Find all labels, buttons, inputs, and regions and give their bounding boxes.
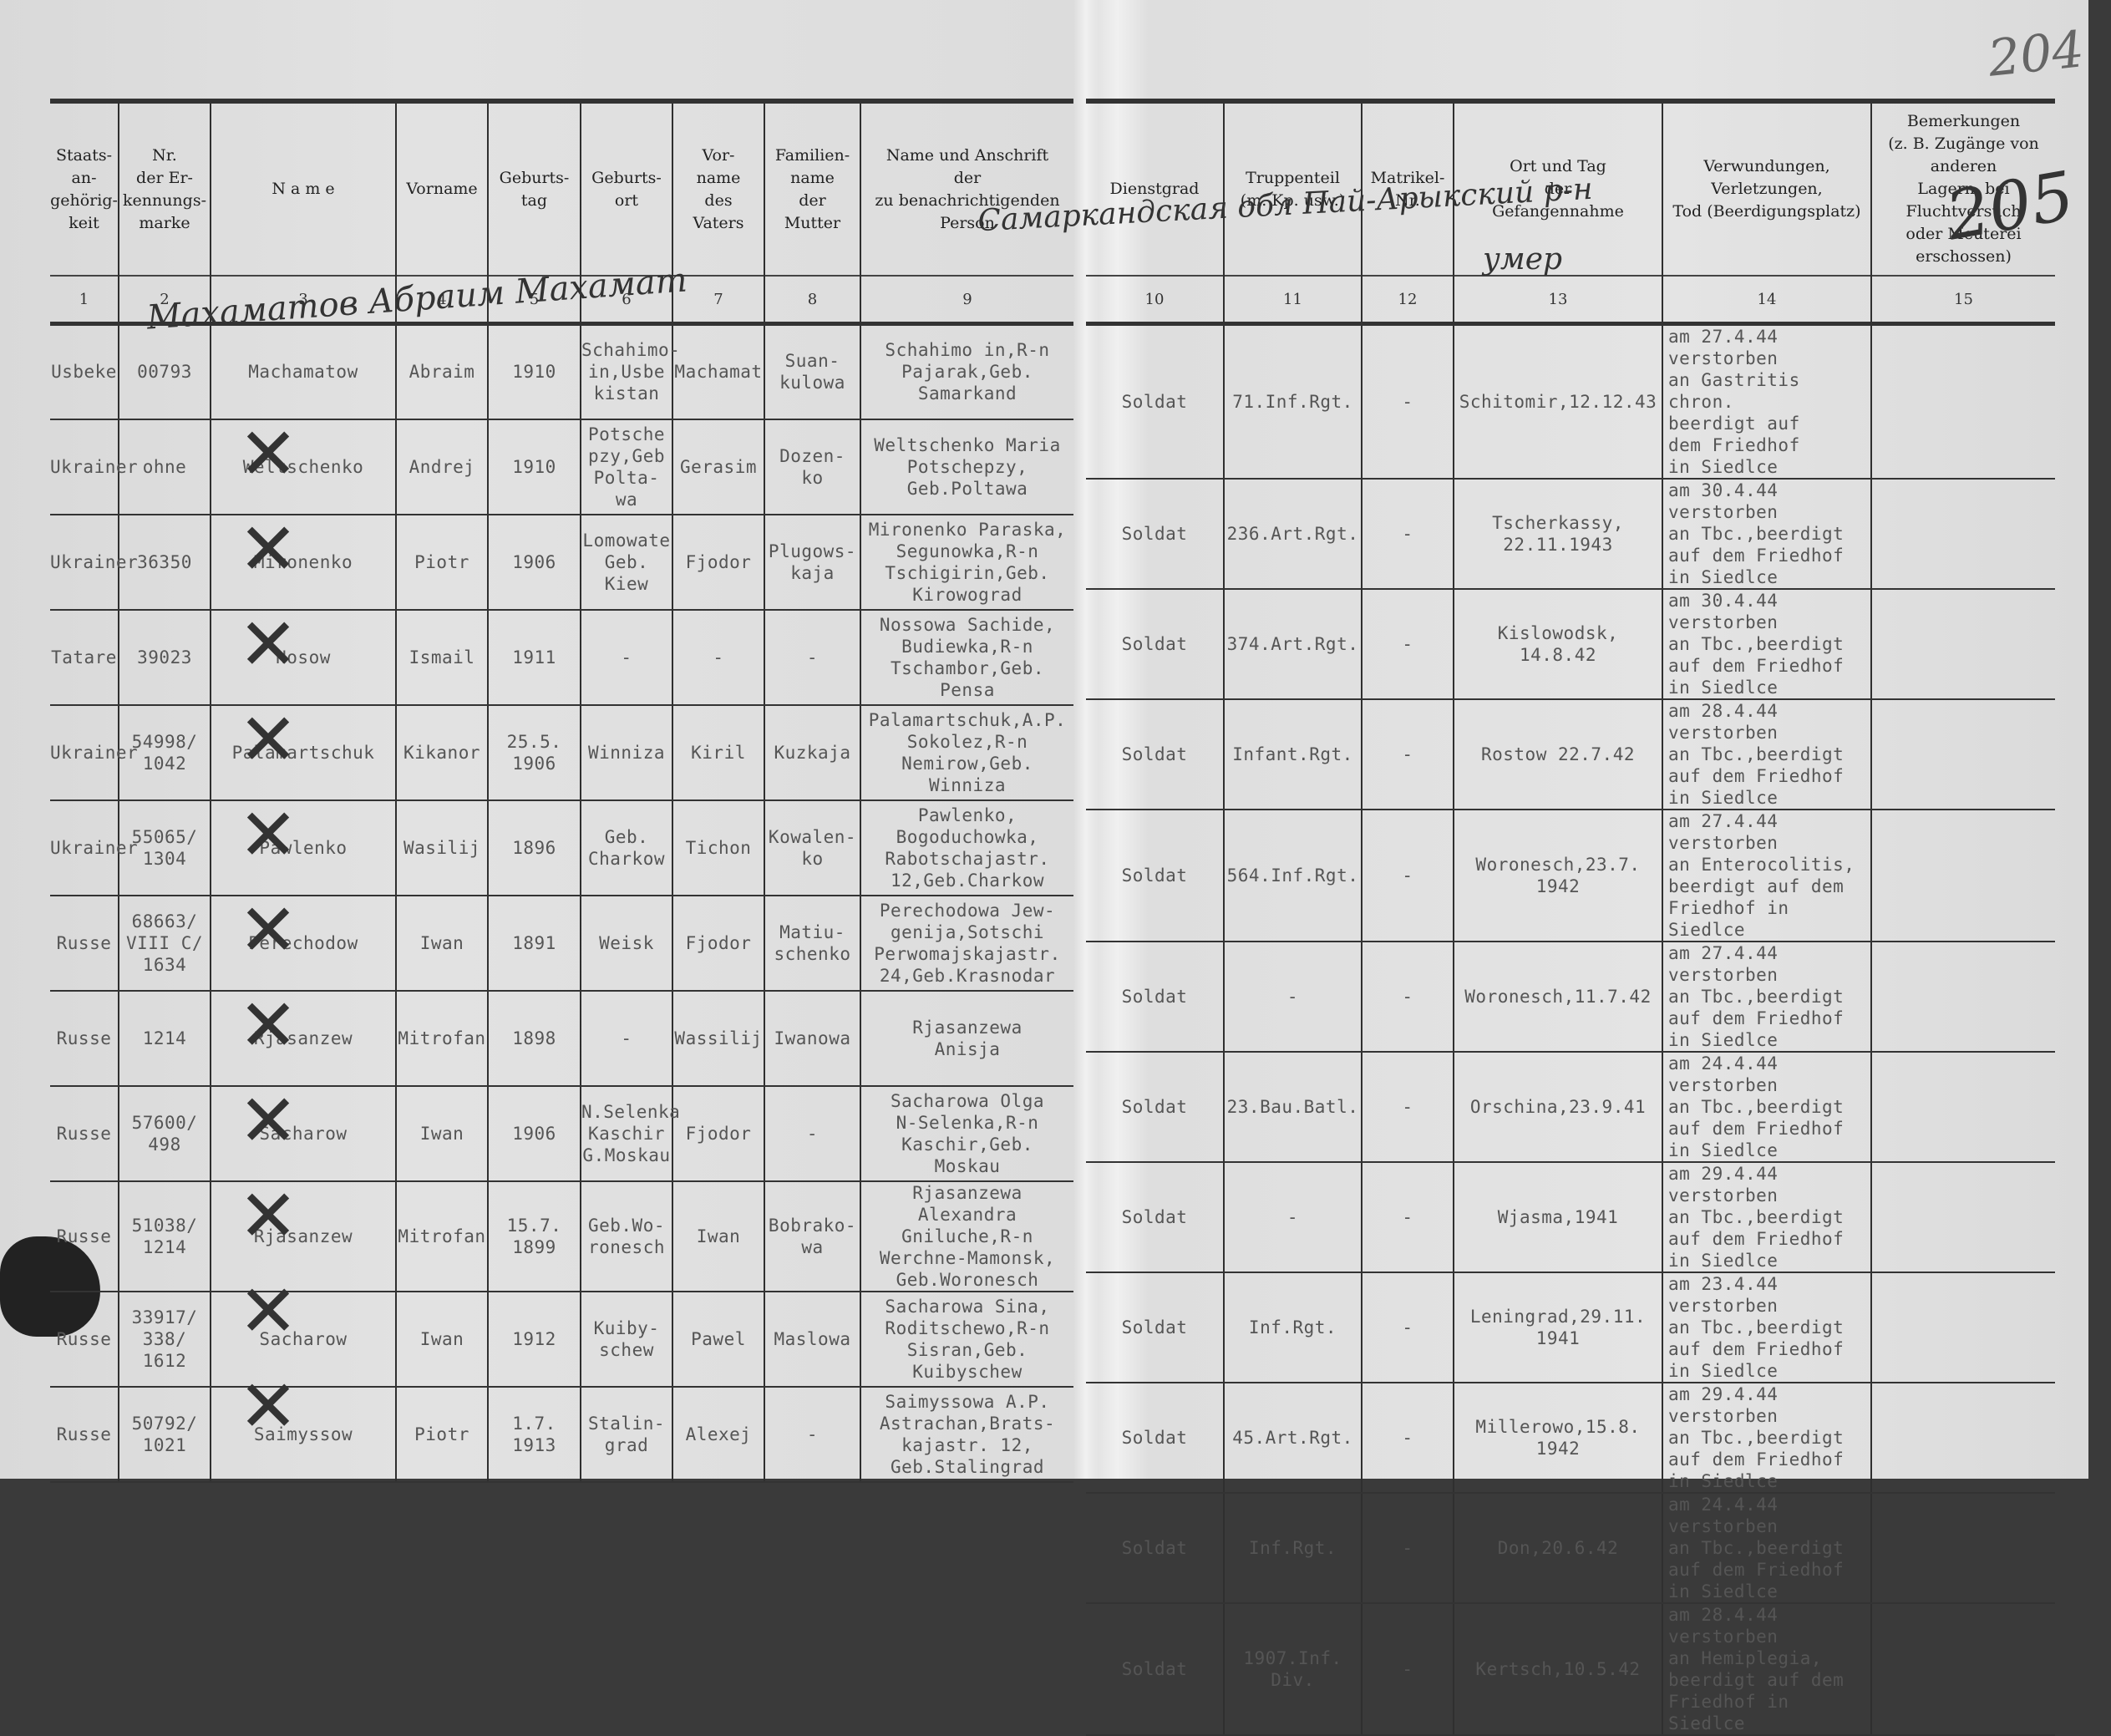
cell-rank: Soldat bbox=[1086, 942, 1224, 1052]
column-header: N a m e bbox=[211, 101, 396, 276]
cell-nationality: Usbeke bbox=[50, 324, 119, 419]
page-number: 204 bbox=[1986, 20, 2087, 89]
cell-matrikel: - bbox=[1362, 942, 1454, 1052]
cell-death: am 27.4.44 verstorben an Enterocolitis, … bbox=[1662, 810, 1871, 942]
cell-nationality: Russe bbox=[50, 1387, 119, 1482]
cell-nationality: Ukrainer bbox=[50, 705, 119, 800]
cell-father: Alexej bbox=[672, 1387, 764, 1482]
cell-born: 1910 bbox=[488, 324, 581, 419]
cell-nationality: Ukrainer bbox=[50, 419, 119, 515]
cell-remarks bbox=[1871, 589, 2055, 699]
cell-tag: 39023 bbox=[119, 610, 211, 705]
cell-remarks bbox=[1871, 1052, 2055, 1162]
cell-born: 1910 bbox=[488, 419, 581, 515]
column-header: Dienstgrad bbox=[1086, 101, 1224, 276]
cell-remarks bbox=[1871, 810, 2055, 942]
cell-matrikel: - bbox=[1362, 1272, 1454, 1383]
cell-unit: 23.Bau.Batl. bbox=[1224, 1052, 1362, 1162]
cell-rank: Soldat bbox=[1086, 324, 1224, 480]
cell-remarks bbox=[1871, 699, 2055, 810]
cell-capture: Woronesch,23.7. 1942 bbox=[1454, 810, 1662, 942]
cell-birthplace: Stalin- grad bbox=[581, 1387, 672, 1482]
cell-father: Fjodor bbox=[672, 896, 764, 991]
table-row: Russe57600/ 498SacharowIwan1906N.Selenka… bbox=[50, 1086, 1073, 1181]
cell-first: Kikanor bbox=[396, 705, 488, 800]
cell-mother: Matiu- schenko bbox=[764, 896, 860, 991]
cell-rank: Soldat bbox=[1086, 1383, 1224, 1492]
cell-contact: Sacharowa Olga N-Selenka,R-n Kaschir,Geb… bbox=[860, 1086, 1073, 1181]
cell-birthplace: - bbox=[581, 991, 672, 1086]
cell-born: 1891 bbox=[488, 896, 581, 991]
cell-mother: Dozen- ko bbox=[764, 419, 860, 515]
table-row: UkrainerohneWeltschenkoAndrej1910Potsche… bbox=[50, 419, 1073, 515]
cell-remarks bbox=[1871, 1272, 2055, 1383]
registry-table-right: DienstgradTruppenteil (m. Kp. usw.)Matri… bbox=[1086, 99, 2055, 1492]
cell-birthplace: Geb.Wo- ronesch bbox=[581, 1181, 672, 1292]
cell-born: 1906 bbox=[488, 515, 581, 610]
cell-unit: Inf.Rgt. bbox=[1224, 1272, 1362, 1383]
cell-unit: 236.Art.Rgt. bbox=[1224, 479, 1362, 589]
column-header: Vorname bbox=[396, 101, 488, 276]
cell-first: Mitrofan bbox=[396, 991, 488, 1086]
table-row: Soldat--Wjasma,1941am 29.4.44 verstorben… bbox=[1086, 1162, 2055, 1272]
cell-born: 1911 bbox=[488, 610, 581, 705]
column-number: 14 bbox=[1662, 276, 1871, 324]
cell-contact: Rjasanzewa Anisja bbox=[860, 991, 1073, 1086]
cell-born: 15.7. 1899 bbox=[488, 1181, 581, 1292]
column-header: Geburts- tag bbox=[488, 101, 581, 276]
cell-birthplace: Geb. Charkow bbox=[581, 800, 672, 896]
cell-father: - bbox=[672, 610, 764, 705]
handwritten-cross-mark-icon: ✕ bbox=[238, 990, 298, 1062]
cell-born: 1896 bbox=[488, 800, 581, 896]
cell-father: Tichon bbox=[672, 800, 764, 896]
handwritten-cross-mark-icon: ✕ bbox=[238, 1180, 298, 1252]
handwritten-cross-mark-icon: ✕ bbox=[238, 1276, 298, 1348]
cell-matrikel: - bbox=[1362, 1162, 1454, 1272]
cell-born: 1.7. 1913 bbox=[488, 1387, 581, 1482]
cell-matrikel: - bbox=[1362, 324, 1454, 480]
cell-mother: Kowalen- ko bbox=[764, 800, 860, 896]
table-row: Russe68663/ VIII C/ 1634PerechodowIwan18… bbox=[50, 896, 1073, 991]
cell-born: 1912 bbox=[488, 1292, 581, 1387]
cell-father: Pawel bbox=[672, 1292, 764, 1387]
handwritten-cross-mark-icon: ✕ bbox=[238, 419, 298, 490]
column-header: Verwundungen, Verletzungen, Tod (Beerdig… bbox=[1662, 101, 1871, 276]
cell-matrikel: - bbox=[1362, 1052, 1454, 1162]
cell-contact: Nossowa Sachide, Budiewka,R-n Tschambor,… bbox=[860, 610, 1073, 705]
table-row: Ukrainer54998/ 1042PalamartschukKikanor2… bbox=[50, 705, 1073, 800]
cell-first: Iwan bbox=[396, 1292, 488, 1387]
cell-capture: Rostow 22.7.42 bbox=[1454, 699, 1662, 810]
cell-mother: Plugows- kaja bbox=[764, 515, 860, 610]
cell-contact: Perechodowa Jew- genija,Sotschi Perwomaj… bbox=[860, 896, 1073, 991]
cell-matrikel: - bbox=[1362, 699, 1454, 810]
cell-father: Fjodor bbox=[672, 515, 764, 610]
cell-death: am 24.4.44 verstorben an Tbc.,beerdigt a… bbox=[1662, 1052, 1871, 1162]
column-number: 11 bbox=[1224, 276, 1362, 324]
cell-contact: Pawlenko, Bogoduchowka, Rabotschajastr. … bbox=[860, 800, 1073, 896]
cell-capture: Tscherkassy, 22.11.1943 bbox=[1454, 479, 1662, 589]
cell-first: Iwan bbox=[396, 1086, 488, 1181]
table-row: Ukrainer36350MironenkoPiotr1906Lomowate … bbox=[50, 515, 1073, 610]
column-header: Vor- name des Vaters bbox=[672, 101, 764, 276]
cell-first: Andrej bbox=[396, 419, 488, 515]
cell-nationality: Russe bbox=[50, 1292, 119, 1387]
cell-capture: Leningrad,29.11. 1941 bbox=[1454, 1272, 1662, 1383]
cell-birthplace: Lomowate Geb. Kiew bbox=[581, 515, 672, 610]
handwritten-cross-mark-icon: ✕ bbox=[238, 704, 298, 776]
cell-father: Gerasim bbox=[672, 419, 764, 515]
column-header: Staats- an- gehörig- keit bbox=[50, 101, 119, 276]
cell-born: 1898 bbox=[488, 991, 581, 1086]
table-row: Tatare39023NosowIsmail1911---Nossowa Sac… bbox=[50, 610, 1073, 705]
cell-death: am 29.4.44 verstorben an Tbc.,beerdigt a… bbox=[1662, 1383, 1871, 1492]
table-row: Ukrainer55065/ 1304PawlenkoWasilij1896Ge… bbox=[50, 800, 1073, 896]
cell-rank: Soldat bbox=[1086, 810, 1224, 942]
table-row: SoldatInf.Rgt.-Leningrad,29.11. 1941am 2… bbox=[1086, 1272, 2055, 1383]
table-row: Soldat236.Art.Rgt.-Tscherkassy, 22.11.19… bbox=[1086, 479, 2055, 589]
table-row: Soldat--Woronesch,11.7.42am 27.4.44 vers… bbox=[1086, 942, 2055, 1052]
cell-death: am 30.4.44 verstorben an Tbc.,beerdigt a… bbox=[1662, 589, 1871, 699]
cell-capture: Wjasma,1941 bbox=[1454, 1162, 1662, 1272]
cell-unit: Infant.Rgt. bbox=[1224, 699, 1362, 810]
cell-born: 25.5. 1906 bbox=[488, 705, 581, 800]
cell-contact: Weltschenko Maria Potschepzy, Geb.Poltaw… bbox=[860, 419, 1073, 515]
handwritten-cross-mark-icon: ✕ bbox=[238, 609, 298, 681]
cell-mother: - bbox=[764, 1387, 860, 1482]
cell-mother: Kuzkaja bbox=[764, 705, 860, 800]
cell-matrikel: - bbox=[1362, 810, 1454, 942]
cell-contact: Rjasanzewa Alexandra Gniluche,R-n Werchn… bbox=[860, 1181, 1073, 1292]
column-header: Nr. der Er- kennungs- marke bbox=[119, 101, 211, 276]
column-number: 15 bbox=[1871, 276, 2055, 324]
table-row: Soldat374.Art.Rgt.-Kislowodsk, 14.8.42am… bbox=[1086, 589, 2055, 699]
cell-first: Wasilij bbox=[396, 800, 488, 896]
cell-nationality: Russe bbox=[50, 1181, 119, 1292]
table-row: SoldatInfant.Rgt.-Rostow 22.7.42am 28.4.… bbox=[1086, 699, 2055, 810]
cell-birthplace: Weisk bbox=[581, 896, 672, 991]
table-row: Soldat45.Art.Rgt.-Millerowo,15.8. 1942am… bbox=[1086, 1383, 2055, 1492]
cell-rank: Soldat bbox=[1086, 1272, 1224, 1383]
column-header: Geburts- ort bbox=[581, 101, 672, 276]
cell-capture: Millerowo,15.8. 1942 bbox=[1454, 1383, 1662, 1492]
cell-nationality: Ukrainer bbox=[50, 515, 119, 610]
cell-first: Abraim bbox=[396, 324, 488, 419]
cell-contact: Palamartschuk,A.P. Sokolez,R-n Nemirow,G… bbox=[860, 705, 1073, 800]
cell-birthplace: Schahimo- in,Usbe kistan bbox=[581, 324, 672, 419]
table-row: Russe1214RjasanzewMitrofan1898-WassilijI… bbox=[50, 991, 1073, 1086]
cell-tag: 50792/ 1021 bbox=[119, 1387, 211, 1482]
column-number: 10 bbox=[1086, 276, 1224, 324]
handwritten-cross-mark-icon: ✕ bbox=[238, 895, 298, 967]
handwritten-cross-mark-icon: ✕ bbox=[238, 1085, 298, 1157]
cell-mother: - bbox=[764, 1086, 860, 1181]
table-row: Russe50792/ 1021SaimyssowPiotr1.7. 1913S… bbox=[50, 1387, 1073, 1482]
cell-nationality: Tatare bbox=[50, 610, 119, 705]
column-number: 1 bbox=[50, 276, 119, 324]
cell-mother: Iwanowa bbox=[764, 991, 860, 1086]
cell-name: Machamatow bbox=[211, 324, 396, 419]
cell-death: am 30.4.44 verstorben an Tbc.,beerdigt a… bbox=[1662, 479, 1871, 589]
cell-matrikel: - bbox=[1362, 479, 1454, 589]
cell-remarks bbox=[1871, 324, 2055, 480]
cell-nationality: Ukrainer bbox=[50, 800, 119, 896]
column-header: Name und Anschrift der zu benachrichtige… bbox=[860, 101, 1073, 276]
cell-father: Kiril bbox=[672, 705, 764, 800]
cell-tag: 1214 bbox=[119, 991, 211, 1086]
cell-nationality: Russe bbox=[50, 896, 119, 991]
cell-rank: Soldat bbox=[1086, 1052, 1224, 1162]
cell-tag: 33917/ 338/ 1612 bbox=[119, 1292, 211, 1387]
cell-mother: Bobrako- wa bbox=[764, 1181, 860, 1292]
cell-birthplace: - bbox=[581, 610, 672, 705]
cell-remarks bbox=[1871, 942, 2055, 1052]
table-row: Russe33917/ 338/ 1612SacharowIwan1912Kui… bbox=[50, 1292, 1073, 1387]
cell-death: am 27.4.44 verstorben an Gastritis chron… bbox=[1662, 324, 1871, 480]
cell-tag: 68663/ VIII C/ 1634 bbox=[119, 896, 211, 991]
cell-birthplace: N.Selenka Kaschir G.Moskau bbox=[581, 1086, 672, 1181]
cell-matrikel: - bbox=[1362, 1383, 1454, 1492]
cell-death: am 29.4.44 verstorben an Tbc.,beerdigt a… bbox=[1662, 1162, 1871, 1272]
column-number: 8 bbox=[764, 276, 860, 324]
cell-remarks bbox=[1871, 1383, 2055, 1492]
handwritten-cross-mark-icon: ✕ bbox=[238, 514, 298, 586]
table-row: Soldat23.Bau.Batl.-Orschina,23.9.41am 24… bbox=[1086, 1052, 2055, 1162]
cell-contact: Mironenko Paraska, Segunowka,R-n Tschigi… bbox=[860, 515, 1073, 610]
cell-first: Mitrofan bbox=[396, 1181, 488, 1292]
cell-rank: Soldat bbox=[1086, 589, 1224, 699]
cell-unit: 374.Art.Rgt. bbox=[1224, 589, 1362, 699]
column-number: 13 bbox=[1454, 276, 1662, 324]
cell-contact: Schahimo in,R-n Pajarak,Geb. Samarkand bbox=[860, 324, 1073, 419]
cell-capture: Kislowodsk, 14.8.42 bbox=[1454, 589, 1662, 699]
cell-rank: Soldat bbox=[1086, 479, 1224, 589]
cell-contact: Sacharowa Sina, Roditschewo,R-n Sisran,G… bbox=[860, 1292, 1073, 1387]
cell-tag: 57600/ 498 bbox=[119, 1086, 211, 1181]
cell-tag: 00793 bbox=[119, 324, 211, 419]
cell-contact: Saimyssowa A.P. Astrachan,Brats- kajastr… bbox=[860, 1387, 1073, 1482]
cell-first: Iwan bbox=[396, 896, 488, 991]
cell-birthplace: Kuiby- schew bbox=[581, 1292, 672, 1387]
cell-mother: Maslowa bbox=[764, 1292, 860, 1387]
cell-father: Fjodor bbox=[672, 1086, 764, 1181]
cell-unit: 564.Inf.Rgt. bbox=[1224, 810, 1362, 942]
column-number: 12 bbox=[1362, 276, 1454, 324]
cell-first: Piotr bbox=[396, 1387, 488, 1482]
cell-birthplace: Potsche pzy,Geb Polta- wa bbox=[581, 419, 672, 515]
table-row: Soldat564.Inf.Rgt.-Woronesch,23.7. 1942a… bbox=[1086, 810, 2055, 942]
cell-nationality: Russe bbox=[50, 991, 119, 1086]
cell-father: Iwan bbox=[672, 1181, 764, 1292]
column-number: 9 bbox=[860, 276, 1073, 324]
cell-mother: Suan- kulowa bbox=[764, 324, 860, 419]
cell-nationality: Russe bbox=[50, 1086, 119, 1181]
cell-capture: Orschina,23.9.41 bbox=[1454, 1052, 1662, 1162]
cell-tag: 51038/ 1214 bbox=[119, 1181, 211, 1292]
cell-matrikel: - bbox=[1362, 589, 1454, 699]
document-sheet: 204 Staats- an- gehörig- keitNr. der Er-… bbox=[0, 0, 2088, 1479]
cell-unit: 45.Art.Rgt. bbox=[1224, 1383, 1362, 1492]
table-row: Soldat71.Inf.Rgt.-Schitomir,12.12.43am 2… bbox=[1086, 324, 2055, 480]
cell-first: Ismail bbox=[396, 610, 488, 705]
cell-father: Wassilij bbox=[672, 991, 764, 1086]
cell-unit: - bbox=[1224, 1162, 1362, 1272]
table-row: Usbeke00793MachamatowAbraim1910Schahimo-… bbox=[50, 324, 1073, 419]
cell-birthplace: Winniza bbox=[581, 705, 672, 800]
cell-capture: Woronesch,11.7.42 bbox=[1454, 942, 1662, 1052]
cell-mother: - bbox=[764, 610, 860, 705]
cell-remarks bbox=[1871, 1162, 2055, 1272]
handwritten-capture-ru: умер bbox=[1483, 242, 1562, 277]
cell-rank: Soldat bbox=[1086, 699, 1224, 810]
cell-death: am 27.4.44 verstorben an Tbc.,beerdigt a… bbox=[1662, 942, 1871, 1052]
table-row: Russe51038/ 1214RjasanzewMitrofan15.7. 1… bbox=[50, 1181, 1073, 1292]
cell-death: am 23.4.44 verstorben an Tbc.,beerdigt a… bbox=[1662, 1272, 1871, 1383]
cell-father: Machamat bbox=[672, 324, 764, 419]
column-header: Familien- name der Mutter bbox=[764, 101, 860, 276]
cell-first: Piotr bbox=[396, 515, 488, 610]
handwritten-cross-mark-icon: ✕ bbox=[238, 799, 298, 871]
cell-unit: 71.Inf.Rgt. bbox=[1224, 324, 1362, 480]
cell-rank: Soldat bbox=[1086, 1162, 1224, 1272]
cell-unit: - bbox=[1224, 942, 1362, 1052]
cell-death: am 28.4.44 verstorben an Tbc.,beerdigt a… bbox=[1662, 699, 1871, 810]
cell-born: 1906 bbox=[488, 1086, 581, 1181]
cell-remarks bbox=[1871, 479, 2055, 589]
handwritten-cross-mark-icon: ✕ bbox=[238, 1371, 298, 1443]
cell-capture: Schitomir,12.12.43 bbox=[1454, 324, 1662, 480]
